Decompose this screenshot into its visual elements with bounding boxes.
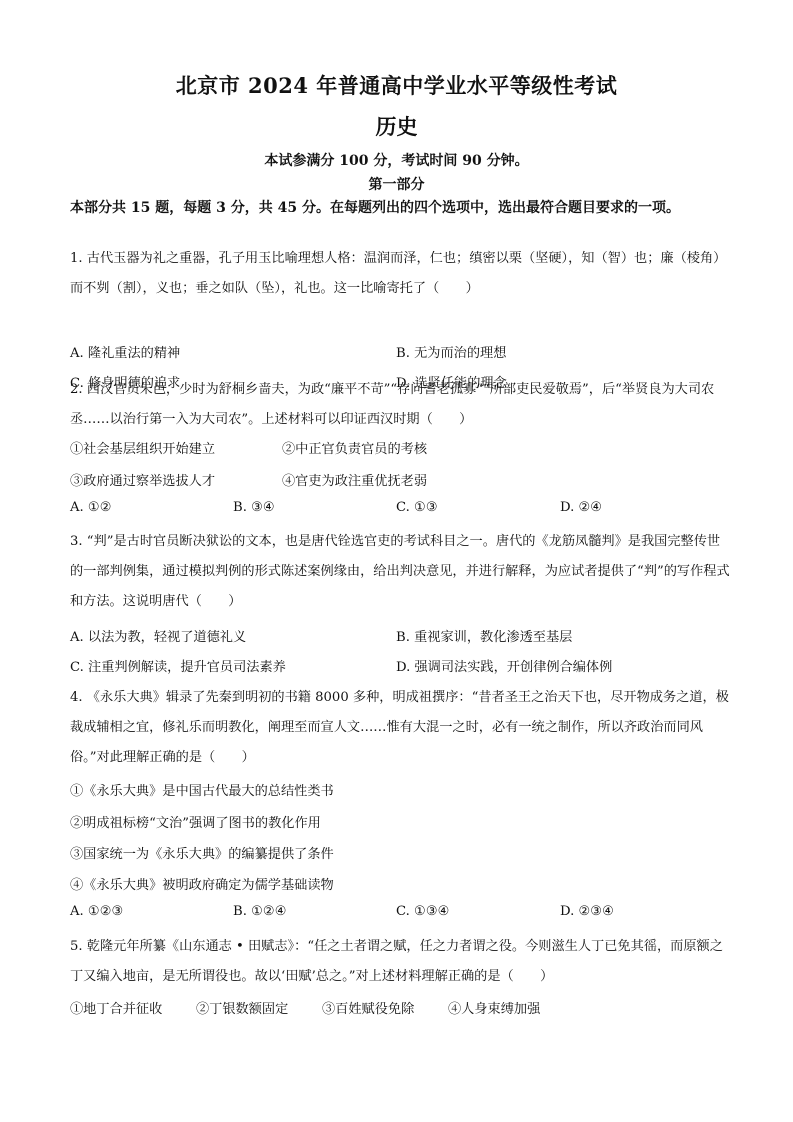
question-3-stem: 3. “判”是古时官员断决狱讼的文本，也是唐代铨选官吏的考试科目之一。唐代的《龙…: [70, 527, 730, 617]
q4-item-3: ③国家统一为《永乐大典》的编纂提供了条件: [70, 843, 334, 862]
q2-option-b: B. ③④: [233, 500, 275, 515]
q2-item-1: ①社会基层组织开始建立: [70, 438, 215, 457]
q5-item-1: ①地丁合并征收: [70, 998, 162, 1017]
q3-option-b: B. 重视家训，教化渗透至基层: [396, 626, 572, 645]
q4-option-d: D. ②③④: [560, 904, 614, 919]
q2-option-d: D. ②④: [560, 500, 602, 515]
exam-page: 北京市 2024 年普通高中学业水平等级性考试 历史 本试参满分 100 分，考…: [0, 0, 793, 1122]
q5-item-2: ②丁银数额固定: [196, 998, 288, 1017]
q2-option-a: A. ①②: [70, 500, 112, 515]
q5-item-4: ④人身束缚加强: [448, 998, 540, 1017]
q4-option-c: C. ①③④: [396, 904, 449, 919]
q2-item-3: ③政府通过察举选拔人才: [70, 470, 215, 489]
question-1-stem: 1. 古代玉器为礼之重器，孔子用玉比喻理想人格：温润而泽，仁也；缜密以栗（坚硬）…: [70, 244, 730, 304]
q3-option-a: A. 以法为教，轻视了道德礼义: [70, 626, 246, 645]
q2-item-2: ②中正官负责官员的考核: [282, 438, 427, 457]
question-2-stem: 2. 西汉官员朱邑，少时为舒桐乡啬夫，为政“廉平不苛”“存问耆老孤寡”“所部吏民…: [70, 375, 730, 435]
q4-item-4: ④《永乐大典》被明政府确定为儒学基础读物: [70, 874, 334, 893]
q4-item-1: ①《永乐大典》是中国古代最大的总结性类书: [70, 780, 334, 799]
q3-option-c: C. 注重判例解读，提升官员司法素养: [70, 656, 286, 675]
exam-info: 本试参满分 100 分，考试时间 90 分钟。: [0, 150, 793, 170]
q4-option-a: A. ①②③: [70, 904, 123, 919]
q3-option-d: D. 强调司法实践，开创律例合编体例: [396, 656, 612, 675]
q2-option-c: C. ①③: [396, 500, 438, 515]
q1-option-b: B. 无为而治的理想: [396, 342, 506, 361]
q2-item-4: ④官吏为政注重优抚老弱: [282, 470, 427, 489]
exam-title: 北京市 2024 年普通高中学业水平等级性考试: [0, 70, 793, 100]
q4-item-2: ②明成祖标榜“文治”强调了图书的教化作用: [70, 812, 321, 831]
q4-option-b: B. ①②④: [233, 904, 287, 919]
question-4-stem: 4. 《永乐大典》辑录了先秦到明初的书籍 8000 多种，明成祖撰序：“昔者圣王…: [70, 683, 730, 773]
subject-title: 历史: [0, 111, 793, 141]
part-heading: 第一部分: [0, 174, 793, 194]
q5-item-3: ③百姓赋役免除: [322, 998, 414, 1017]
question-5-stem: 5. 乾隆元年所纂《山东通志 • 田赋志》：“任之土者谓之赋，任之力者谓之役。今…: [70, 932, 730, 992]
q1-option-a: A. 隆礼重法的精神: [70, 342, 180, 361]
part-instructions: 本部分共 15 题，每题 3 分，共 45 分。在每题列出的四个选项中，选出最符…: [70, 196, 730, 221]
